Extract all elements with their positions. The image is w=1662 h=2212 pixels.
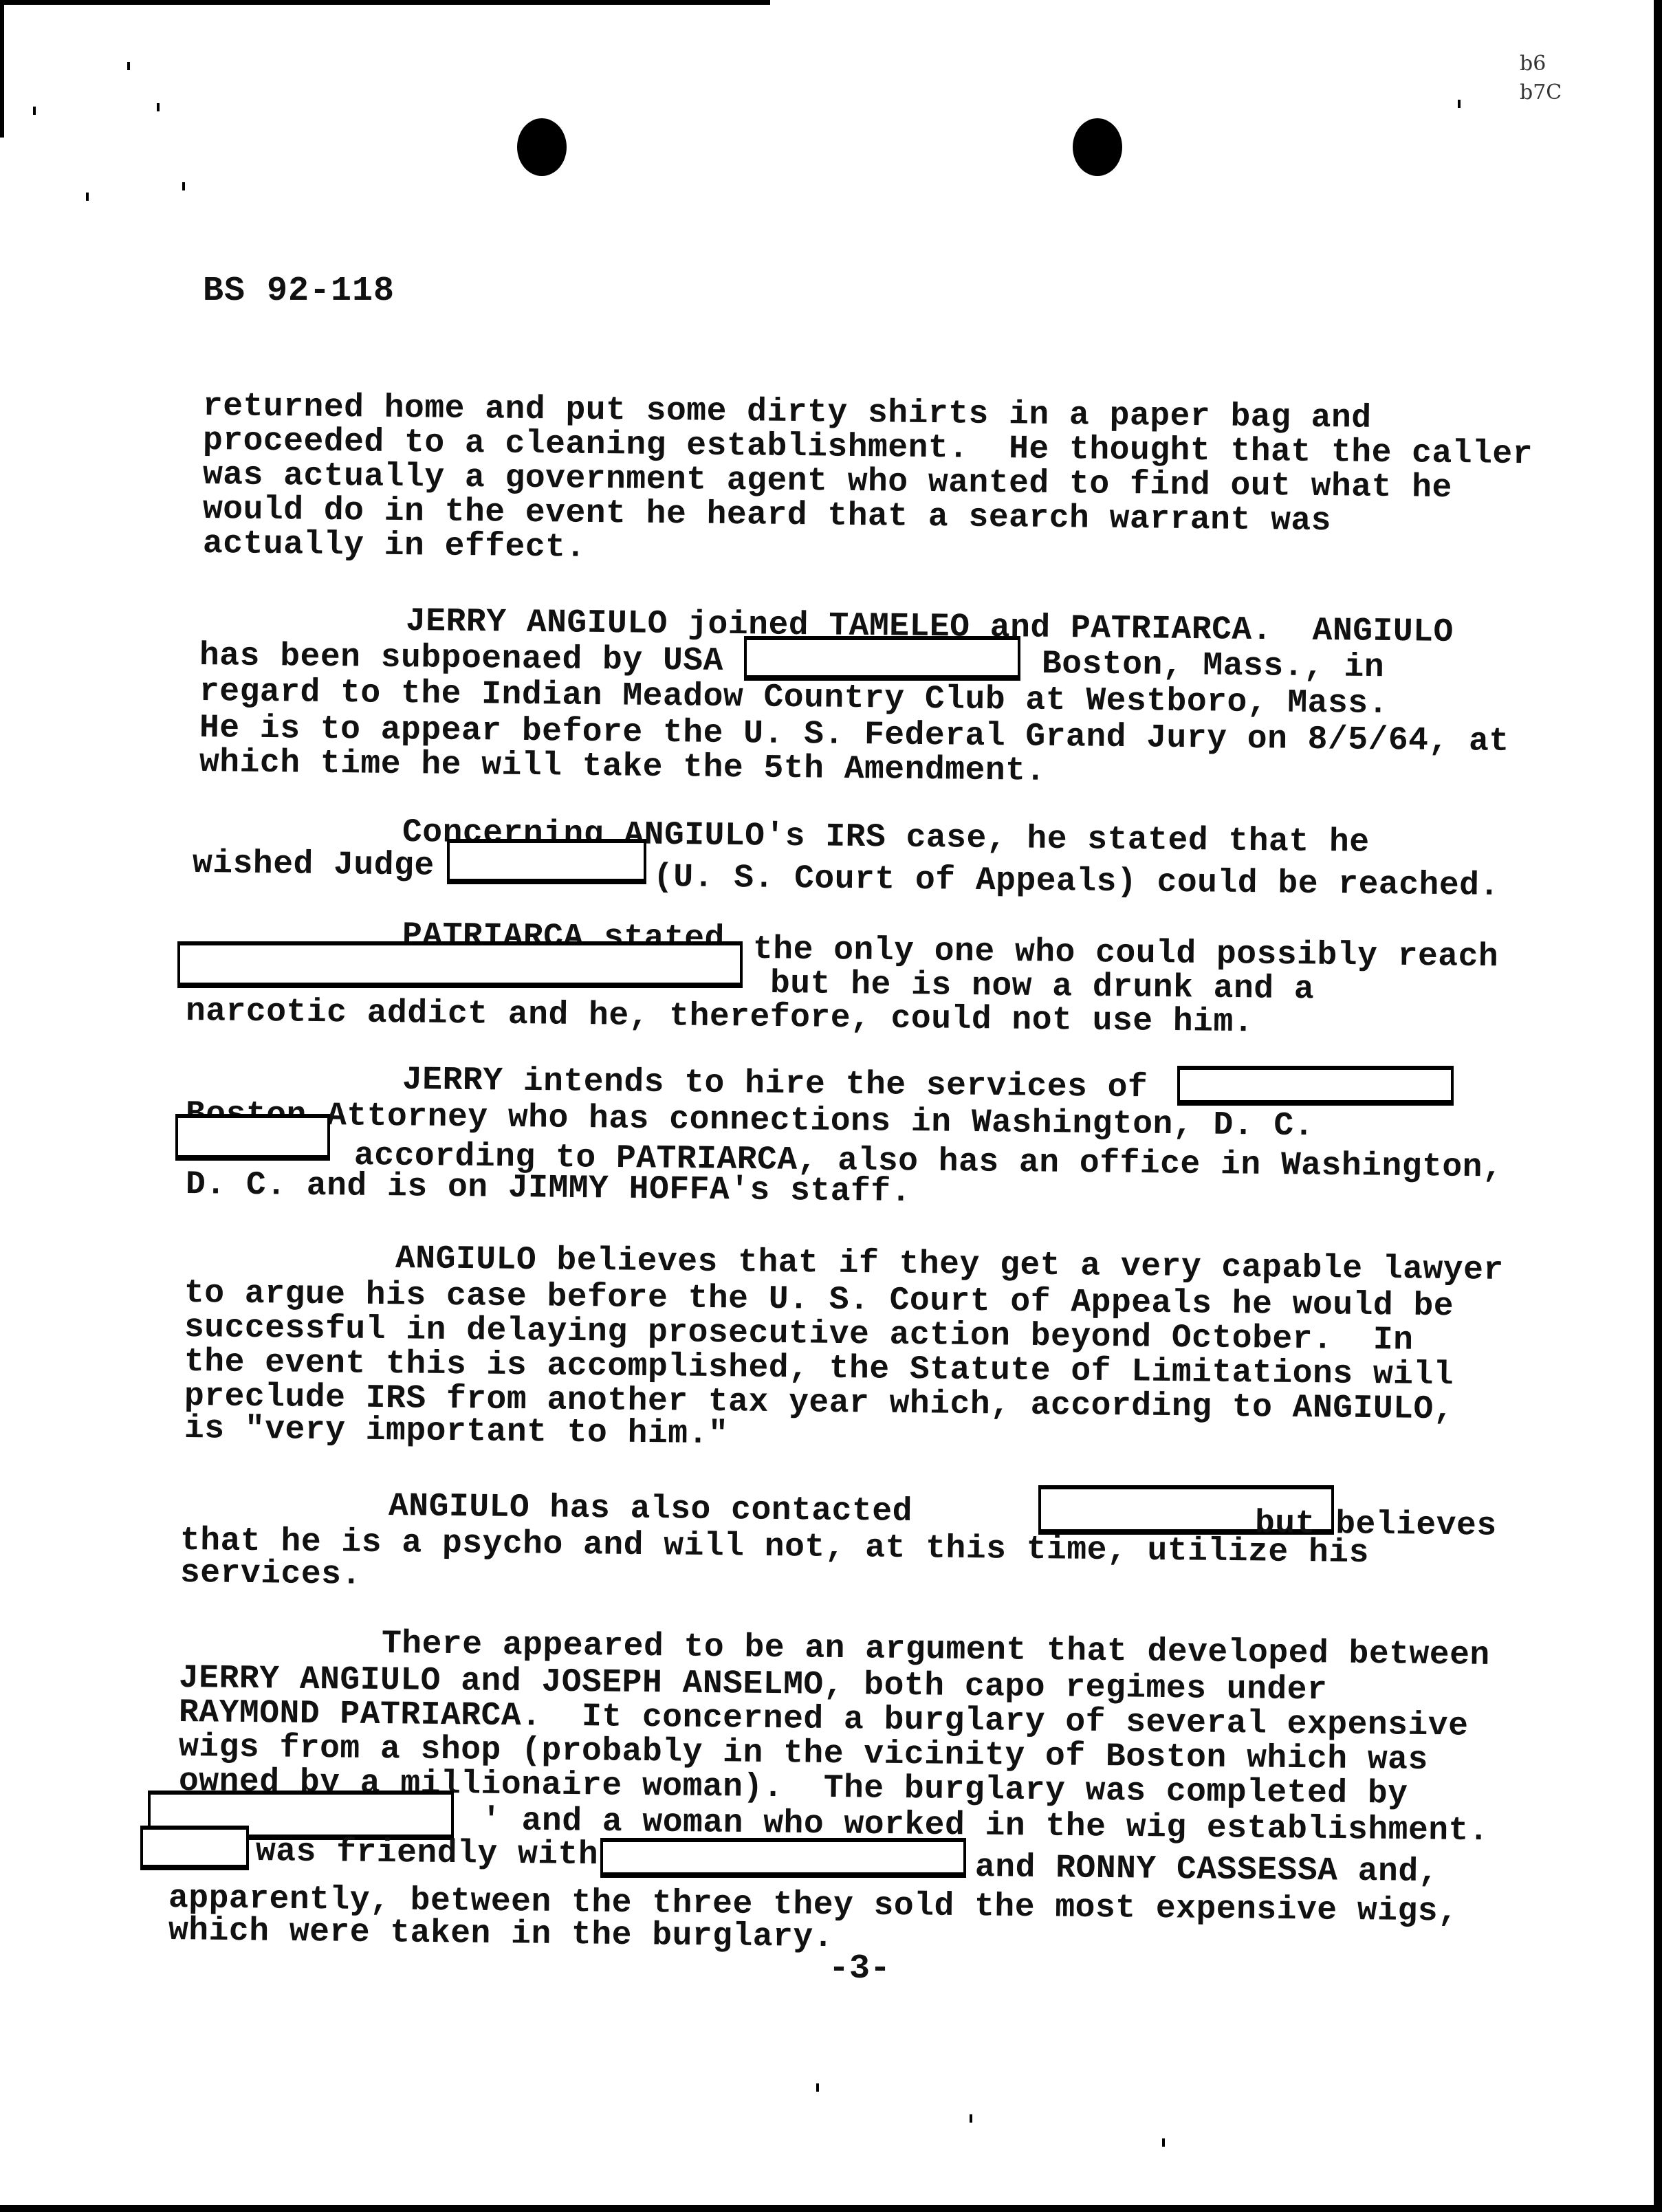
redaction-box	[744, 636, 1020, 681]
redaction-box	[1177, 1066, 1454, 1106]
redaction-box	[140, 1826, 249, 1870]
text-line: D. C. and is on JIMMY HOFFA's staff.	[186, 1167, 911, 1210]
punch-hole-right-icon	[1073, 118, 1122, 176]
redaction-box	[600, 1838, 966, 1878]
redaction-box	[177, 941, 743, 988]
scan-edge-bottom	[0, 2205, 1662, 2212]
punch-hole-left-icon	[517, 118, 567, 176]
scan-speck	[816, 2083, 819, 2092]
redaction-box	[175, 1114, 330, 1161]
text-line: (U. S. Court of Appeals) could be reache…	[653, 859, 1500, 904]
exemption-code-b6: b6	[1520, 50, 1546, 78]
text-line: which were taken in the burglary.	[168, 1913, 834, 1956]
text-line: and RONNY CASSESSA and,	[975, 1850, 1439, 1890]
text-line: services.	[180, 1555, 362, 1593]
exemption-code-b7c: b7C	[1520, 78, 1562, 107]
text-line: wished Judge	[193, 846, 435, 884]
text-line: is "very important to him."	[184, 1411, 729, 1452]
scan-speck	[182, 182, 185, 190]
redaction-box	[447, 839, 646, 884]
text-line: which time he will take the 5th Amendmen…	[199, 745, 1046, 789]
scan-edge-left	[0, 0, 4, 138]
scan-speck	[127, 62, 130, 70]
scan-edge-top	[0, 0, 770, 5]
text-line: ANGIULO has also contacted	[389, 1489, 912, 1530]
scan-speck	[157, 103, 160, 111]
text-line: Boston, Mass., in	[1042, 646, 1385, 686]
document-page: b6 b7C BS 92-118 returned home and put s…	[0, 0, 1662, 2212]
scan-speck	[1162, 2138, 1165, 2147]
scan-speck	[33, 107, 36, 115]
text-line: actually in effect.	[203, 526, 586, 566]
file-number: BS 92-118	[203, 272, 395, 311]
page-number: -3-	[829, 1949, 890, 1989]
text-line: was friendly with	[256, 1834, 599, 1873]
text-line: has been subpoenaed by USA	[199, 638, 723, 679]
scan-speck	[1458, 100, 1461, 108]
scan-edge-right	[1654, 0, 1662, 2212]
scan-speck	[970, 2114, 972, 2123]
scan-speck	[86, 193, 89, 201]
